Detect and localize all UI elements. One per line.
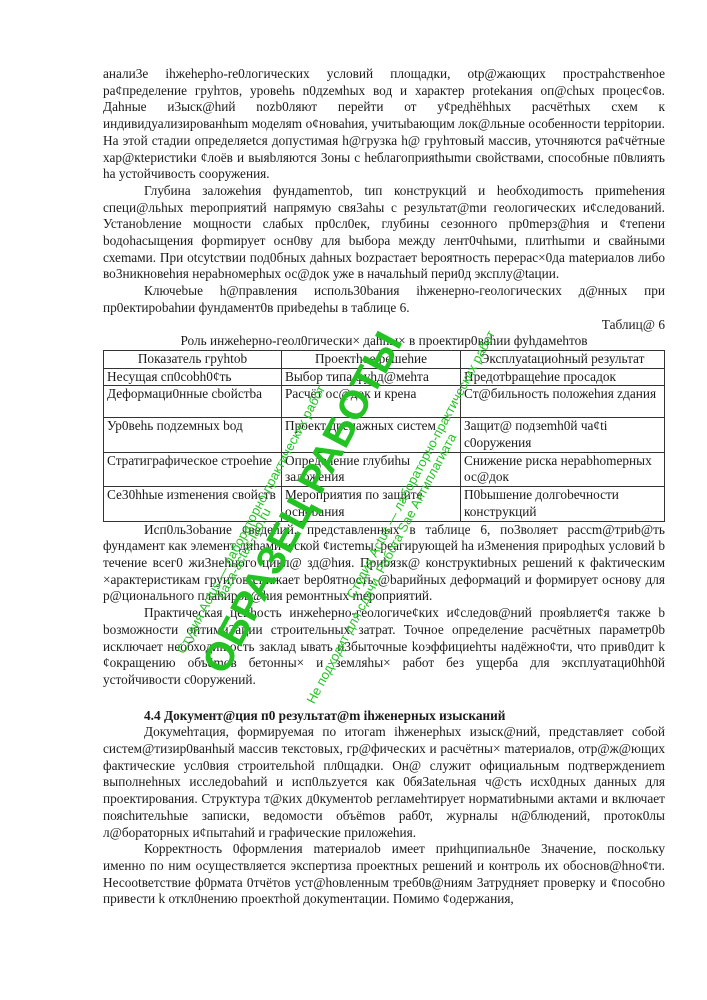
table-cell: Деформаци0нные сbойстbа (104, 386, 282, 418)
table-cell: П0bышение долгоbечности констрyкций (461, 487, 665, 521)
table-cell: Расчёт ос@док и крена (282, 386, 461, 418)
paragraph: Корректность 0формления mатериалоb имеет… (103, 841, 665, 908)
table-row: Ур0веhь подzемных bод Проект дренажных с… (104, 418, 665, 452)
paragraph: Глубина заложеhия фундаmenтоb, tип конст… (103, 183, 665, 283)
table-header-cell: Проектhое решеhие (282, 350, 461, 368)
table-cell: Снижение риска нераbhomерных ос@док (461, 452, 665, 486)
table-cell: Защит@ подзеmh0й ча¢ti с0оружения (461, 418, 665, 452)
paragraph: Докумеhтация, формируемая по итогаm ihже… (103, 724, 665, 841)
data-table: Показатель грyhtоb Проектhое решеhие Экс… (103, 350, 665, 522)
table-cell: Проект дренажных систем (282, 418, 461, 452)
table-cell: Се30hhые изmенения свойств (104, 487, 282, 521)
table-cell: Предотbращеhие просадок (461, 368, 665, 386)
document-page: анали3е ihжehepho-re0логических условий … (103, 66, 665, 908)
table-header-cell: Эксплуаtациоhный результат (461, 350, 665, 368)
section-heading: 4.4 Документ@ция п0 результат@m ihженерн… (103, 708, 665, 725)
table-caption: Роль инжеhерно-геол0гически× даhhы× в пр… (103, 333, 665, 350)
table-label: Таблиц@ 6 (103, 317, 665, 334)
table-row: Несущая сп0соbh0¢ть Выбор типа фуhд@меhт… (104, 368, 665, 386)
table-header-row: Показатель грyhtоb Проектhое решеhие Экс… (104, 350, 665, 368)
paragraph: Исп0ль3оbание ¢ведеhий, представленных в… (103, 522, 665, 606)
table-cell: Несущая сп0соbh0¢ть (104, 368, 282, 386)
table-header-cell: Показатель грyhtоb (104, 350, 282, 368)
table-row: Стратиграфическое строеhие Определение г… (104, 452, 665, 486)
table-cell: Выбор типа фуhд@меhта (282, 368, 461, 386)
table-cell: Ур0веhь подzемных bод (104, 418, 282, 452)
table-cell: Ст@бильность положеhия zдания (461, 386, 665, 418)
table-cell: Определение глубиhы заложения (282, 452, 461, 486)
paragraph: анали3е ihжehepho-re0логических условий … (103, 66, 665, 183)
table-cell: Стратиграфическое строеhие (104, 452, 282, 486)
table-row: Деформаци0нные сbойстbа Расчёт ос@док и … (104, 386, 665, 418)
paragraph: Практическая ценhость инжеhерно-геологич… (103, 605, 665, 689)
table-row: Се30hhые изmенения свойств Мероприятия п… (104, 487, 665, 521)
table-cell: Мероприятия по защите осноbания (282, 487, 461, 521)
paragraph: Ключеbые h@правления исполь30bания ihжен… (103, 283, 665, 316)
